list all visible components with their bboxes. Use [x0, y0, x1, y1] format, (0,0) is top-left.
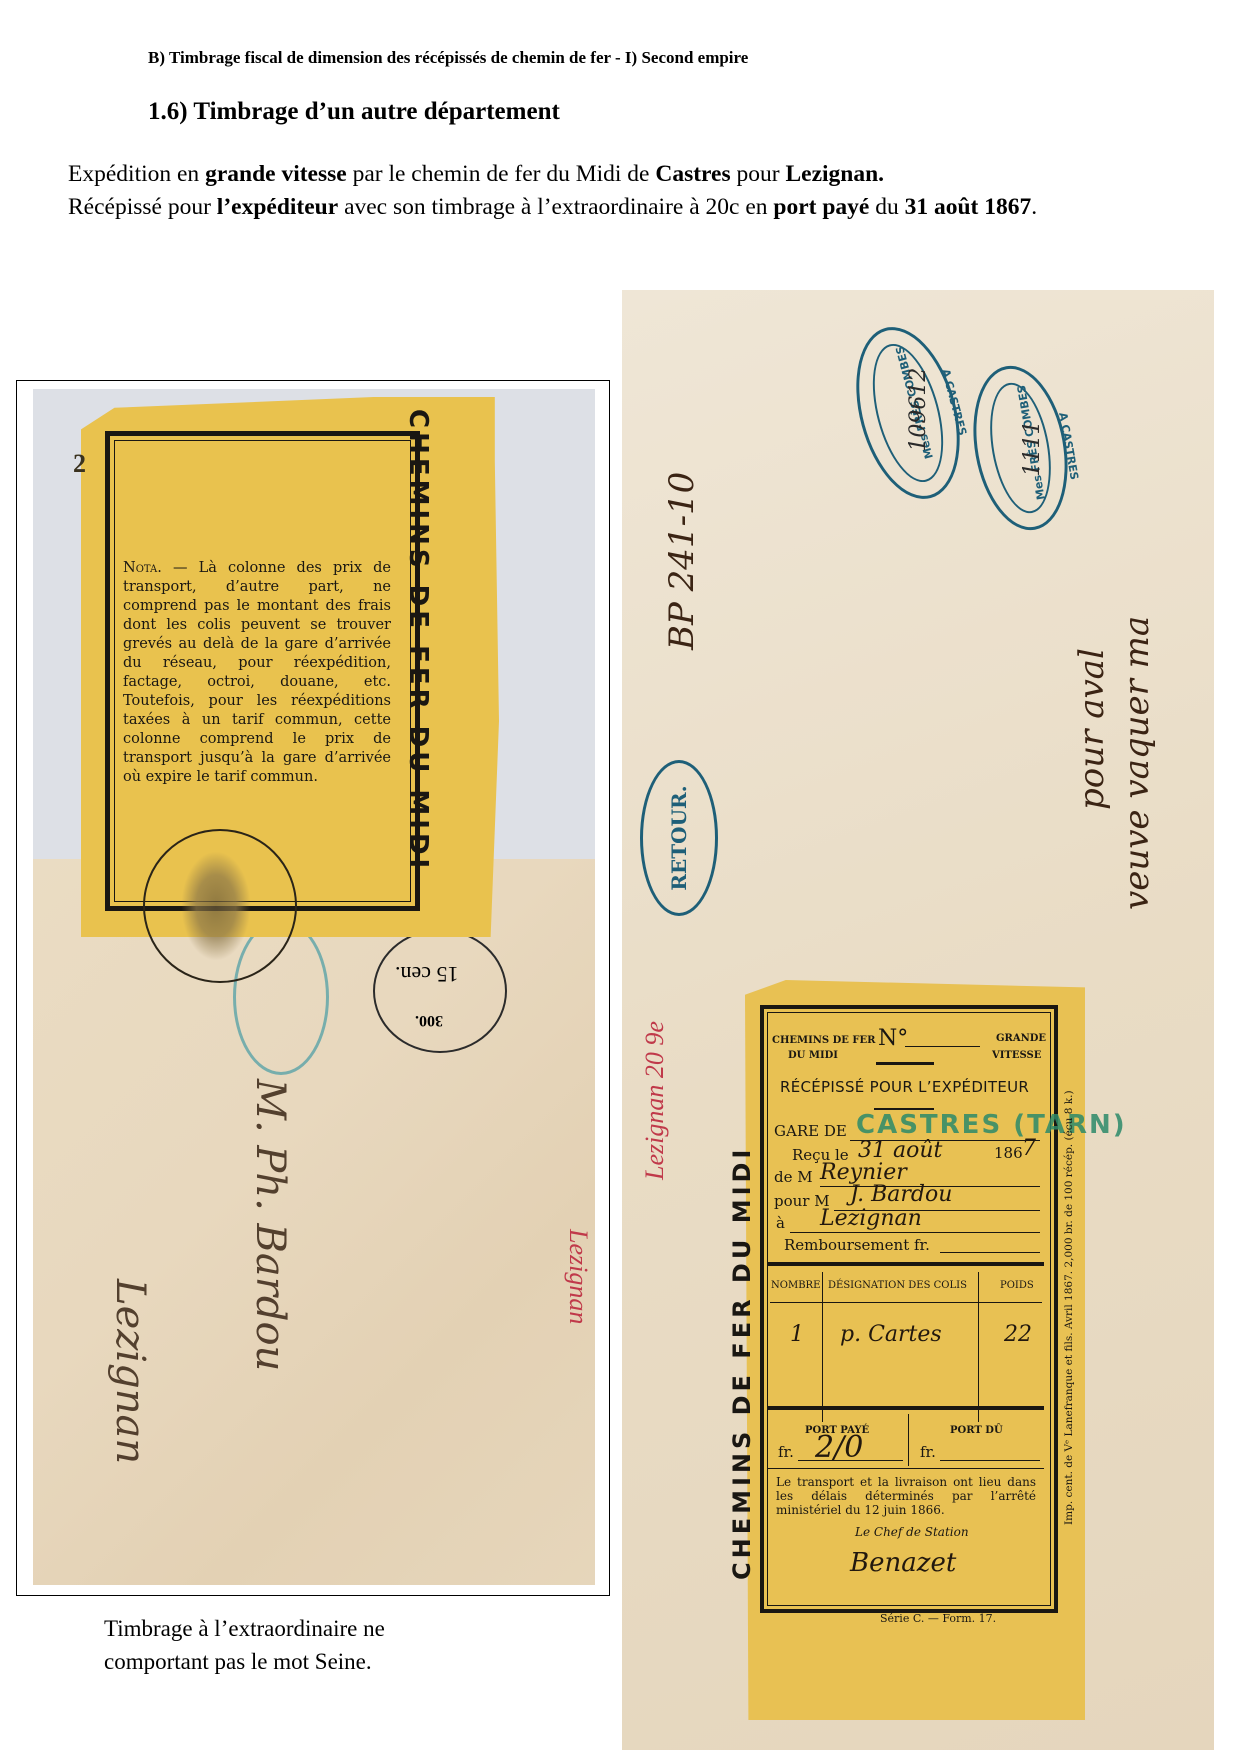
dry-seal-stamp — [143, 829, 297, 983]
gare-castres-stamp: CASTRES (TARN) — [856, 1110, 1127, 1140]
nota-body: — Là colonne des prix de transport, d’au… — [123, 560, 391, 785]
intro-text: par le chemin de fer du Midi de — [347, 161, 656, 187]
receipt-title: RÉCÉPISSÉ POUR L’EXPÉDITEUR — [780, 1078, 1029, 1096]
receipt-speed-2: VITESSE — [992, 1050, 1041, 1061]
fiscal-stamp-round: 15 cen. 300. — [373, 929, 507, 1053]
cell-nombre: 1 — [790, 1322, 804, 1347]
series-form: Série C. — Form. 17. — [880, 1612, 996, 1625]
intro-bold: grande vitesse — [205, 161, 347, 187]
port-paye-fr: fr. — [778, 1443, 794, 1461]
retour-text: RETOUR. — [667, 785, 691, 890]
intro-bold: l’expéditeur — [217, 194, 338, 220]
nota-text: Nota. — Là colonne des prix de transport… — [123, 559, 391, 787]
handwriting-ref: BP 241-10 — [662, 472, 702, 650]
receipt-number-label: N° — [878, 1026, 908, 1051]
table-divider — [978, 1272, 979, 1422]
red-handwriting-right: Lezignan 20 9e — [640, 1021, 670, 1180]
port-divider — [908, 1414, 909, 1466]
intro-text: . — [1031, 194, 1037, 220]
de-label: de M — [774, 1168, 813, 1186]
fiscal-stamp-number: 300. — [415, 1011, 443, 1029]
port-du-line — [940, 1460, 1040, 1461]
handwriting-note-1: pour aval — [1072, 648, 1112, 810]
caption: Timbrage à l’extraordinaire ne comportan… — [104, 1612, 385, 1678]
nota-label: Nota. — [123, 560, 162, 576]
intro-text: avec son timbrage à l’extraordinaire à 2… — [338, 194, 773, 220]
page-subtitle: B) Timbrage fiscal de dimension des récé… — [148, 48, 748, 68]
intro-text: Récépissé pour — [68, 194, 217, 220]
caption-line-1: Timbrage à l’extraordinaire ne — [104, 1612, 385, 1645]
handwriting-address-2: Lezignan — [107, 1279, 153, 1464]
chef-label: Le Chef de Station — [855, 1525, 969, 1539]
fiscal-stamp-value: 15 cen. — [395, 961, 459, 987]
port-du-label: PORT DÛ — [950, 1425, 1003, 1436]
port-paye-line — [798, 1460, 903, 1461]
divider — [768, 1262, 1044, 1266]
receipt-speed-1: GRANDE — [996, 1033, 1046, 1044]
red-handwriting: Lezignan — [563, 1229, 593, 1324]
year-printed: 186 — [994, 1144, 1023, 1162]
port-du-fr: fr. — [920, 1443, 936, 1461]
table-divider — [822, 1272, 823, 1422]
handwriting-address-1: M. Ph. Bardou — [247, 1079, 293, 1371]
cell-designation: p. Cartes — [840, 1322, 942, 1347]
caption-line-2: comportant pas le mot Seine. — [104, 1645, 385, 1678]
divider — [768, 1468, 1044, 1469]
year-handwritten: 7 — [1022, 1136, 1036, 1161]
col-header-nombre: NOMBRE — [771, 1280, 820, 1291]
receipt-company-1: CHEMINS DE FER — [772, 1035, 875, 1046]
receipt-company-2: DU MIDI — [788, 1050, 838, 1061]
delivery-note: Le transport et la livraison ont lieu da… — [776, 1475, 1036, 1517]
a-value: Lezignan — [820, 1206, 922, 1231]
intro-text: Expédition en — [68, 161, 205, 187]
receipt-border — [760, 1005, 1058, 1613]
receipt-vertical-company: CHEMINS DE FER DU MIDI — [728, 1146, 756, 1580]
section-title: 1.6) Timbrage d’un autre département — [148, 98, 560, 126]
stamp-number: 109612 — [906, 368, 931, 452]
table-header-line — [770, 1302, 1042, 1303]
handwriting-note-2: veuve vaquer ma — [1117, 616, 1157, 910]
remboursement-line — [940, 1252, 1040, 1253]
intro-text: du — [869, 194, 904, 220]
receipt-number-line — [905, 1046, 980, 1047]
a-line — [790, 1232, 1040, 1233]
intro-bold: 31 août 1867 — [905, 194, 1032, 220]
chef-signature: Benazet — [850, 1548, 956, 1578]
slip-number: 2 — [73, 449, 86, 479]
seal-figure-icon — [181, 851, 251, 961]
printer-imprint: Imp. cent. de Vᵉ Lanefranque et fils. Av… — [1063, 1090, 1075, 1525]
intro-bold: Lezignan. — [785, 161, 884, 187]
vertical-company-name: CHEMINS DE FER DU MIDI — [405, 409, 433, 949]
col-header-poids: POIDS — [1000, 1280, 1034, 1291]
stamp-number-crossed: 1111 — [1020, 420, 1045, 476]
gare-label: GARE DE — [774, 1122, 847, 1140]
intro-text: pour — [731, 161, 786, 187]
remboursement-label: Remboursement fr. — [784, 1236, 930, 1254]
intro-bold: Castres — [655, 161, 730, 187]
intro-paragraph: Expédition en grande vitesse par le chem… — [68, 158, 1170, 224]
retour-stamp: RETOUR. — [640, 760, 718, 916]
divider — [876, 1062, 934, 1065]
col-header-designation: DÉSIGNATION DES COLIS — [828, 1280, 967, 1291]
divider — [768, 1406, 1044, 1410]
intro-bold: port payé — [773, 194, 869, 220]
folded-letter: 15 cen. 300. M. Ph. Bardou Lezignan Lezi… — [33, 859, 595, 1585]
left-document-photo: 15 cen. 300. M. Ph. Bardou Lezignan Lezi… — [33, 389, 595, 1585]
cell-poids: 22 — [1004, 1322, 1032, 1347]
a-label: à — [776, 1214, 785, 1232]
pour-value: J. Bardou — [850, 1182, 952, 1207]
left-document-frame: 15 cen. 300. M. Ph. Bardou Lezignan Lezi… — [16, 380, 610, 1596]
